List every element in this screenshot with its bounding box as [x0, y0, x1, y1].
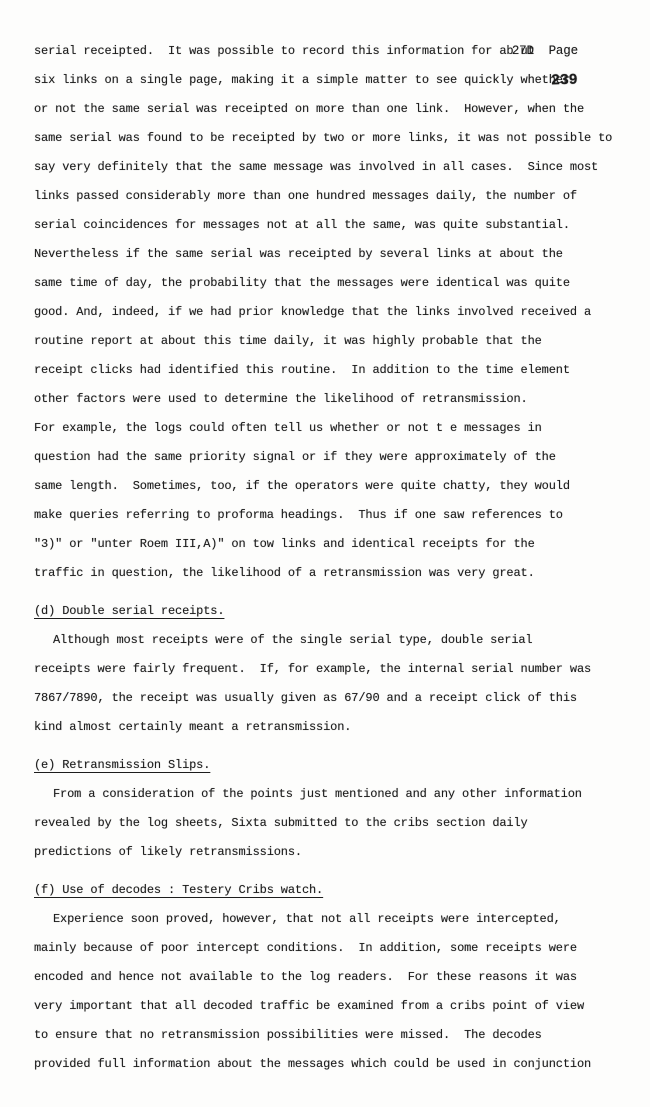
text-line: same length. Sometimes, too, if the oper… — [34, 472, 626, 501]
document-page: 27D Page 239 serial receipted. It was po… — [0, 0, 650, 1107]
page-header: 27D Page 239 — [34, 8, 626, 37]
text-line: kind almost certainly meant a retransmis… — [34, 713, 626, 742]
text-line: For example, the logs could often tell u… — [34, 414, 626, 443]
text-line: very important that all decoded traffic … — [34, 992, 626, 1021]
text-line: six links on a single page, making it a … — [34, 66, 626, 95]
text-line: routine report at about this time daily,… — [34, 327, 626, 356]
document-body: serial receipted. It was possible to rec… — [34, 37, 626, 1079]
text-line: Nevertheless if the same serial was rece… — [34, 240, 626, 269]
text-line: good. And, indeed, if we had prior knowl… — [34, 298, 626, 327]
text-line: revealed by the log sheets, Sixta submit… — [34, 809, 626, 838]
text-line: receipts were fairly frequent. If, for e… — [34, 655, 626, 684]
section-heading: (e) Retransmission Slips. — [34, 751, 626, 780]
text-line: "3)" or "unter Roem III,A)" on tow links… — [34, 530, 626, 559]
text-line: links passed considerably more than one … — [34, 182, 626, 211]
text-line: say very definitely that the same messag… — [34, 153, 626, 182]
text-line: or not the same serial was receipted on … — [34, 95, 626, 124]
paragraph: From a consideration of the points just … — [34, 780, 626, 867]
paragraph: Experience soon proved, however, that no… — [34, 905, 626, 1079]
text-line: encoded and hence not available to the l… — [34, 963, 626, 992]
text-line: receipt clicks had identified this routi… — [34, 356, 626, 385]
text-line: same time of day, the probability that t… — [34, 269, 626, 298]
text-line: same serial was found to be receipted by… — [34, 124, 626, 153]
text-line: provided full information about the mess… — [34, 1050, 626, 1079]
text-line: predictions of likely retransmissions. — [34, 838, 626, 867]
section-heading: (d) Double serial receipts. — [34, 597, 626, 626]
text-line: 7867/7890, the receipt was usually given… — [34, 684, 626, 713]
section-heading: (f) Use of decodes : Testery Cribs watch… — [34, 876, 626, 905]
text-line: traffic in question, the likelihood of a… — [34, 559, 626, 588]
text-line: question had the same priority signal or… — [34, 443, 626, 472]
page-number-handwritten: 239 — [551, 66, 578, 96]
paragraph: serial receipted. It was possible to rec… — [34, 37, 626, 588]
text-line: mainly because of poor intercept conditi… — [34, 934, 626, 963]
text-line: other factors were used to determine the… — [34, 385, 626, 414]
text-line: From a consideration of the points just … — [34, 780, 626, 809]
text-line: make queries referring to proforma headi… — [34, 501, 626, 530]
text-line: Experience soon proved, however, that no… — [34, 905, 626, 934]
text-line: Although most receipts were of the singl… — [34, 626, 626, 655]
text-line: to ensure that no retransmission possibi… — [34, 1021, 626, 1050]
paragraph: Although most receipts were of the singl… — [34, 626, 626, 742]
text-line: serial coincidences for messages not at … — [34, 211, 626, 240]
